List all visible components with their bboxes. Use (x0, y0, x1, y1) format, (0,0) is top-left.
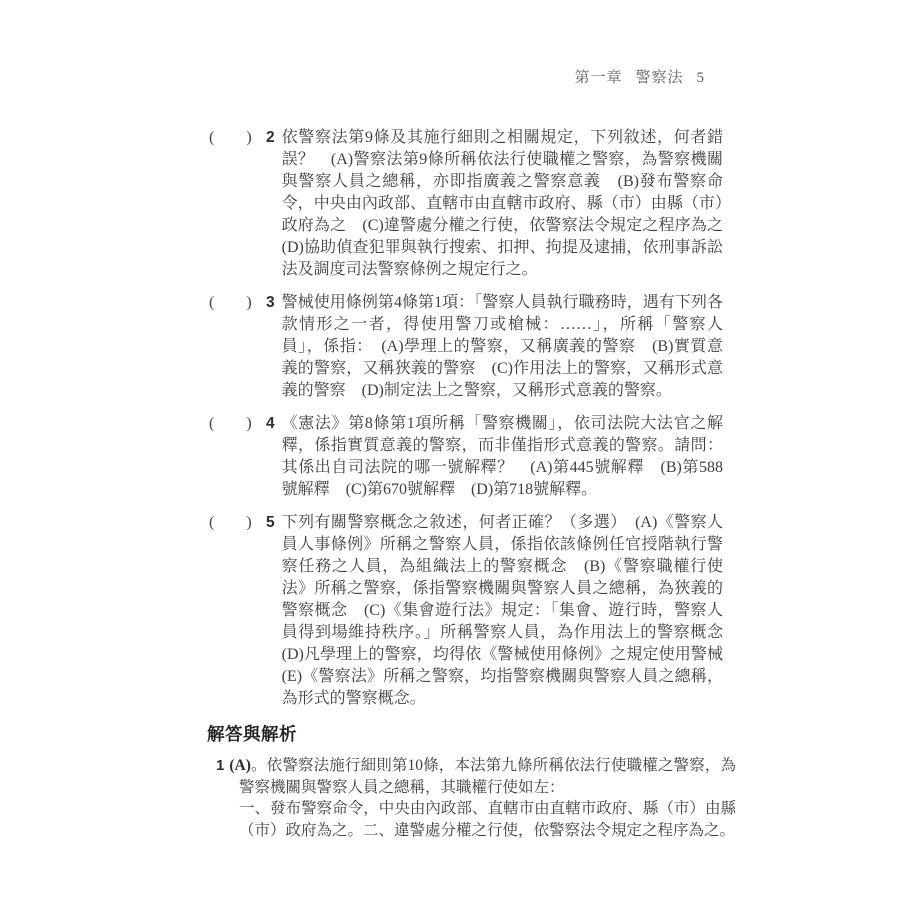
answer-blank: ( ) (209, 127, 257, 149)
chapter-title: 警察法 (635, 70, 683, 86)
answers-section: 解答與解析 1(A)。依警察法施行細則第10條，本法第九條所稱依法行使職權之警察… (207, 721, 719, 841)
answer-blank: ( ) (209, 413, 257, 435)
question-text: 下列有關警察概念之敘述，何者正確？（多選） (A)《警察人員人事條例》所稱之警察… (282, 512, 723, 710)
question-row-3: ( )3警械使用條例第4條第1項：「警察人員執行職務時，遇有下列各款情形之一者，… (209, 292, 723, 402)
book-page: 第一章警察法5 ( )2依警察法第9條及其施行細則之相關規定，下列敘述，何者錯誤… (0, 0, 900, 900)
question-text: 依警察法第9條及其施行細則之相關規定，下列敘述，何者錯誤？ (A)警察法第9條所… (282, 127, 723, 281)
answer-blank: ( ) (209, 512, 257, 534)
answer-key: (A) (229, 757, 251, 774)
running-header: 第一章警察法5 (0, 66, 704, 87)
question-text: 《憲法》第8條第1項所稱「警察機關」，依司法院大法官之解釋，係指實質意義的警察，… (282, 413, 723, 501)
question-row-5: ( )5下列有關警察概念之敘述，何者正確？（多選） (A)《警察人員人事條例》所… (209, 512, 723, 710)
chapter-label: 第一章 (574, 70, 622, 86)
question-text: 警械使用條例第4條第1項：「警察人員執行職務時，遇有下列各款情形之一者，得使用警… (282, 292, 723, 402)
question-number: 3 (266, 292, 275, 314)
answer-number: 1 (216, 757, 224, 774)
answer-explanation: 。依警察法施行細則第10條，本法第九條所稱依法行使職權之警察，為警察機關與警察人… (239, 757, 736, 839)
question-number: 4 (266, 413, 275, 435)
answers-heading: 解答與解析 (207, 721, 719, 746)
question-list: ( )2依警察法第9條及其施行細則之相關規定，下列敘述，何者錯誤？ (A)警察法… (209, 127, 723, 721)
question-row-4: ( )4《憲法》第8條第1項所稱「警察機關」，依司法院大法官之解釋，係指實質意義… (209, 413, 723, 501)
question-number: 5 (266, 512, 275, 534)
question-row-2: ( )2依警察法第9條及其施行細則之相關規定，下列敘述，何者錯誤？ (A)警察法… (209, 127, 723, 281)
answer-item-1: 1(A)。依警察法施行細則第10條，本法第九條所稱依法行使職權之警察，為警察機關… (216, 755, 736, 841)
answer-blank: ( ) (209, 292, 257, 314)
question-number: 2 (266, 127, 275, 149)
page-number: 5 (697, 70, 705, 86)
